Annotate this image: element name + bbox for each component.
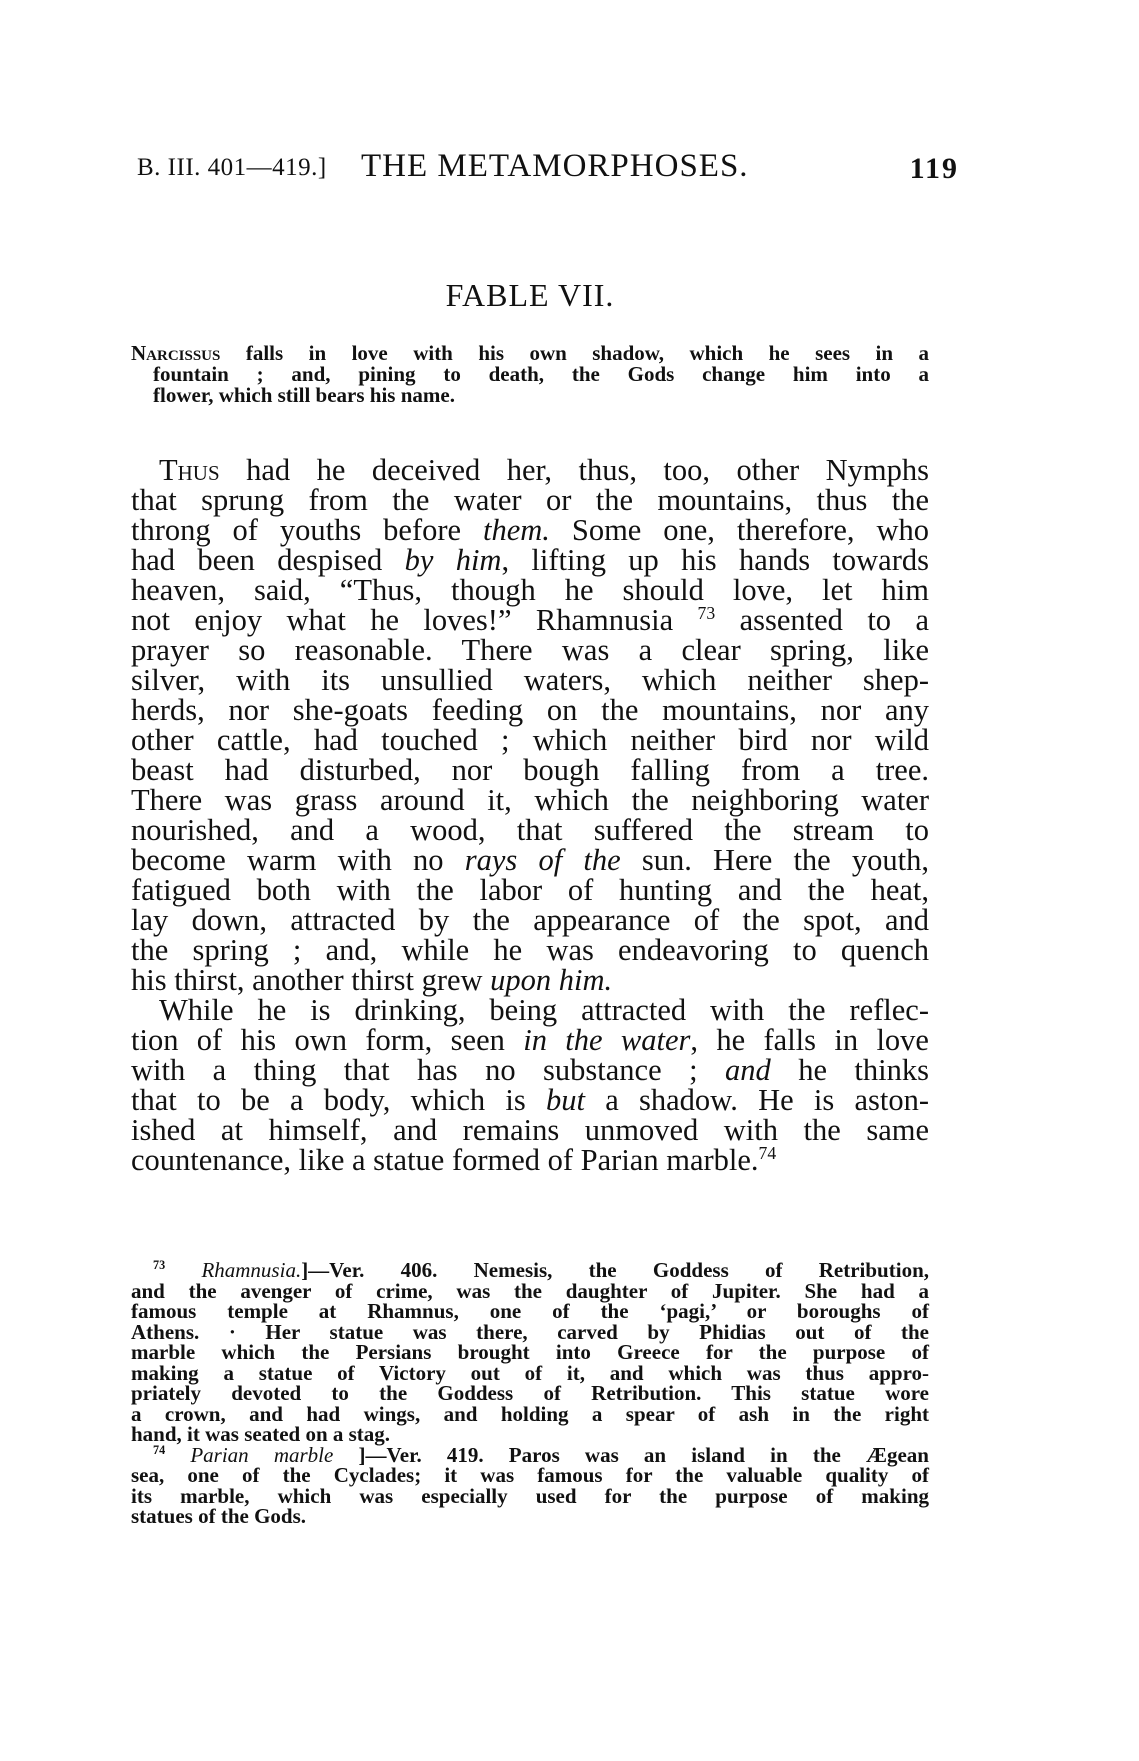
text-line: lay down, attracted by the appearance of… bbox=[131, 905, 929, 935]
text-line: While he is drinking, being attracted wi… bbox=[131, 995, 929, 1025]
text-segment: While he is drinking, being attracted wi… bbox=[159, 993, 929, 1027]
text-segment: he thinks bbox=[771, 1053, 929, 1087]
text-segment: not enjoy what he loves!” Rhamnusia bbox=[131, 603, 698, 637]
footnote-line: priately devoted to the Goddess of Retri… bbox=[131, 1383, 929, 1404]
book-line-reference: B. III. 401—419.] bbox=[137, 154, 327, 182]
text-line: throng of youths before them. Some one, … bbox=[131, 515, 929, 545]
italic-text: by him bbox=[405, 543, 502, 577]
text-segment: that sprung from the water or the mounta… bbox=[131, 483, 929, 517]
text-line: tion of his own form, seen in the water,… bbox=[131, 1025, 929, 1055]
text-line: There was grass around it, which the nei… bbox=[131, 785, 929, 815]
text-segment: prayer so reasonable. There was a clear … bbox=[131, 633, 929, 667]
text-line: herds, nor she-goats feeding on the moun… bbox=[131, 695, 929, 725]
italic-text: and bbox=[725, 1053, 771, 1087]
text-line: heaven, said, “Thus, though he should lo… bbox=[131, 575, 929, 605]
italic-text: them. bbox=[483, 513, 550, 547]
main-text: Thus had he deceived her, thus, too, oth… bbox=[131, 455, 929, 1175]
text-line: that sprung from the water or the mounta… bbox=[131, 485, 929, 515]
text-segment: beast had disturbed, nor bough falling f… bbox=[131, 753, 929, 787]
text-segment: lay down, attracted by the appearance of… bbox=[131, 903, 929, 937]
text-segment: , lifting up his hands towards bbox=[501, 543, 929, 577]
text-line: not enjoy what he loves!” Rhamnusia 73 a… bbox=[131, 605, 929, 635]
text-line: silver, with its unsullied waters, which… bbox=[131, 665, 929, 695]
argument-line: Narcissus falls in love with his own sha… bbox=[131, 343, 929, 364]
text-segment: the spring ; and, while he was endeavori… bbox=[131, 933, 929, 967]
text-segment: throng of youths before bbox=[131, 513, 483, 547]
footnote-line: hand, it was seated on a stag. bbox=[131, 1424, 929, 1445]
text-segment: assented to a bbox=[715, 603, 929, 637]
footnote-line: its marble, which was especially used fo… bbox=[131, 1486, 929, 1507]
text-line: the spring ; and, while he was endeavori… bbox=[131, 935, 929, 965]
text-line: countenance, like a statue formed of Par… bbox=[131, 1145, 929, 1175]
text-segment: , he falls in love bbox=[690, 1023, 929, 1057]
footnote-line: statues of the Gods. bbox=[131, 1506, 929, 1527]
footnote-line: 73 Rhamnusia.]—Ver. 406. Nemesis, the Go… bbox=[131, 1260, 929, 1281]
italic-text: upon him. bbox=[490, 963, 612, 997]
footnote-line: Athens. · Her statue was there, carved b… bbox=[131, 1322, 929, 1343]
italic-text: in the water bbox=[523, 1023, 690, 1057]
footnote-line: a crown, and had wings, and holding a sp… bbox=[131, 1404, 929, 1425]
text-segment: silver, with its unsullied waters, which… bbox=[131, 663, 929, 697]
footnote-line: and the avenger of crime, was the daught… bbox=[131, 1281, 929, 1302]
text-line: that to be a body, which is but a shadow… bbox=[131, 1085, 929, 1115]
text-segment: tion of his own form, seen bbox=[131, 1023, 523, 1057]
text-segment: ished at himself, and remains unmoved wi… bbox=[131, 1113, 929, 1147]
text-segment: Some one, therefore, who bbox=[550, 513, 929, 547]
footnote-line: famous temple at Rhamnus, one of the ‘pa… bbox=[131, 1301, 929, 1322]
text-line: nourished, and a wood, that suffered the… bbox=[131, 815, 929, 845]
text-segment: fatigued both with the labor of hunting … bbox=[131, 873, 929, 907]
text-segment: a shadow. He is aston- bbox=[585, 1083, 929, 1117]
footnote-number: 73 bbox=[153, 1258, 165, 1272]
italic-text: but bbox=[546, 1083, 585, 1117]
text-line: Thus had he deceived her, thus, too, oth… bbox=[131, 455, 929, 485]
page-number: 119 bbox=[910, 152, 959, 186]
text-segment: sun. Here the youth, bbox=[621, 843, 929, 877]
text-segment: become warm with no bbox=[131, 843, 465, 877]
footnote-line: 74 Parian marble ]—Ver. 419. Paros was a… bbox=[131, 1445, 929, 1466]
text-line: fatigued both with the labor of hunting … bbox=[131, 875, 929, 905]
footnote-reference: 73 bbox=[698, 603, 716, 623]
text-segment: There was grass around it, which the nei… bbox=[131, 783, 929, 817]
book-title: THE METAMORPHOSES. bbox=[361, 148, 749, 185]
text-segment: had he deceived her, thus, too, other Ny… bbox=[220, 453, 929, 487]
text-segment: nourished, and a wood, that suffered the… bbox=[131, 813, 929, 847]
fable-heading: FABLE VII. bbox=[131, 277, 929, 314]
text-line: become warm with no rays of the sun. Her… bbox=[131, 845, 929, 875]
footnote-line: marble which the Persians brought into G… bbox=[131, 1342, 929, 1363]
lead-word: Thus bbox=[159, 453, 220, 487]
text-segment: countenance, like a statue formed of Par… bbox=[131, 1143, 759, 1177]
text-segment: that to be a body, which is bbox=[131, 1083, 546, 1117]
italic-text: rays of the bbox=[465, 843, 621, 877]
footnote-number: 74 bbox=[153, 1443, 165, 1457]
footnote-reference: 74 bbox=[759, 1143, 777, 1163]
text-segment: other cattle, had touched ; which neithe… bbox=[131, 723, 929, 757]
text-segment: his thirst, another thirst grew bbox=[131, 963, 490, 997]
text-segment: had been despised bbox=[131, 543, 405, 577]
text-line: ished at himself, and remains unmoved wi… bbox=[131, 1115, 929, 1145]
footnote-line: sea, one of the Cyclades; it was famous … bbox=[131, 1465, 929, 1486]
argument-line: fountain ; and, pining to death, the God… bbox=[131, 364, 929, 385]
argument-line: flower, which still bears his name. bbox=[131, 385, 929, 406]
text-segment: heaven, said, “Thus, though he should lo… bbox=[131, 573, 929, 607]
text-line: had been despised by him, lifting up his… bbox=[131, 545, 929, 575]
footnote-text: statues of the Gods. bbox=[131, 1504, 306, 1528]
text-segment: with a thing that has no substance ; bbox=[131, 1053, 725, 1087]
fable-argument: Narcissus falls in love with his own sha… bbox=[131, 343, 929, 406]
text-line: his thirst, another thirst grew upon him… bbox=[131, 965, 929, 995]
text-line: other cattle, had touched ; which neithe… bbox=[131, 725, 929, 755]
text-line: prayer so reasonable. There was a clear … bbox=[131, 635, 929, 665]
text-line: with a thing that has no substance ; and… bbox=[131, 1055, 929, 1085]
text-line: beast had disturbed, nor bough falling f… bbox=[131, 755, 929, 785]
running-header: B. III. 401—419.] THE METAMORPHOSES. 119 bbox=[131, 146, 929, 186]
footnotes: 73 Rhamnusia.]—Ver. 406. Nemesis, the Go… bbox=[131, 1260, 929, 1527]
text-segment: herds, nor she-goats feeding on the moun… bbox=[131, 693, 929, 727]
footnote-line: making a statue of Victory out of it, an… bbox=[131, 1363, 929, 1384]
